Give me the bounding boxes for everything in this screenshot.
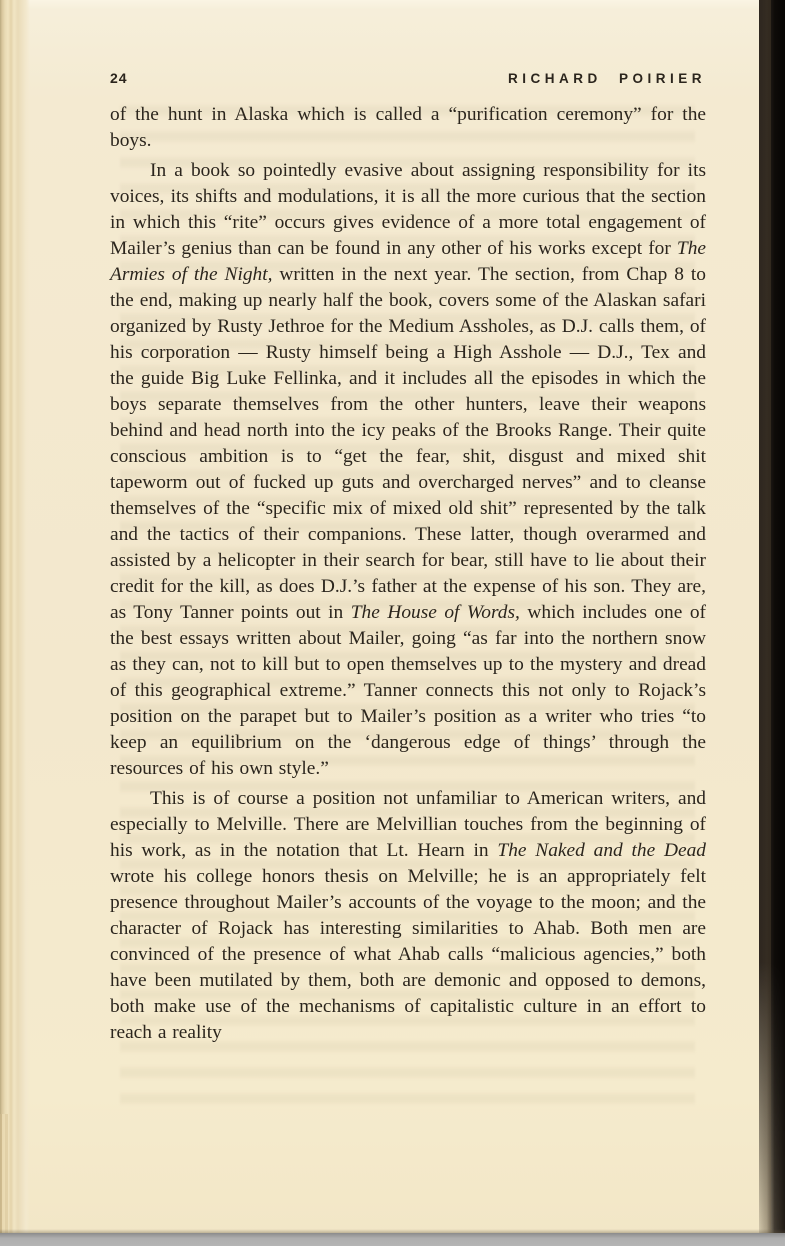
paragraph-text: wrote his college honors thesis on Melvi… [110,866,706,1043]
running-header: RICHARD POIRIER [508,71,706,86]
book-title-italic: The Naked and the Dead [497,840,706,861]
page-edge-stack [0,0,30,1234]
page-number: 24 [110,70,128,86]
spine-shadow [759,0,785,1234]
running-head: 24 RICHARD POIRIER [110,70,706,86]
paragraph-text: written in the next year. The section, f… [110,264,706,623]
body-text: of the hunt in Alaska which is called a … [110,102,706,1046]
paragraph: In a book so pointedly evasive about ass… [110,158,706,782]
paragraph-text: of the hunt in Alaska which is called a … [110,104,706,151]
book-title-italic: The House of Words, [351,602,520,623]
paragraph-text: In a book so pointedly evasive about ass… [110,160,706,259]
paragraph-continuation: of the hunt in Alaska which is called a … [110,102,706,154]
page-top-edge [0,0,785,9]
book-page-scan: 24 RICHARD POIRIER of the hunt in Alaska… [0,0,785,1246]
page-content: 24 RICHARD POIRIER of the hunt in Alaska… [110,70,706,1046]
paragraph-text: which includes one of the best essays wr… [110,602,706,779]
paragraph: This is of course a position not unfamil… [110,786,706,1046]
table-surface-edge [0,1233,785,1246]
